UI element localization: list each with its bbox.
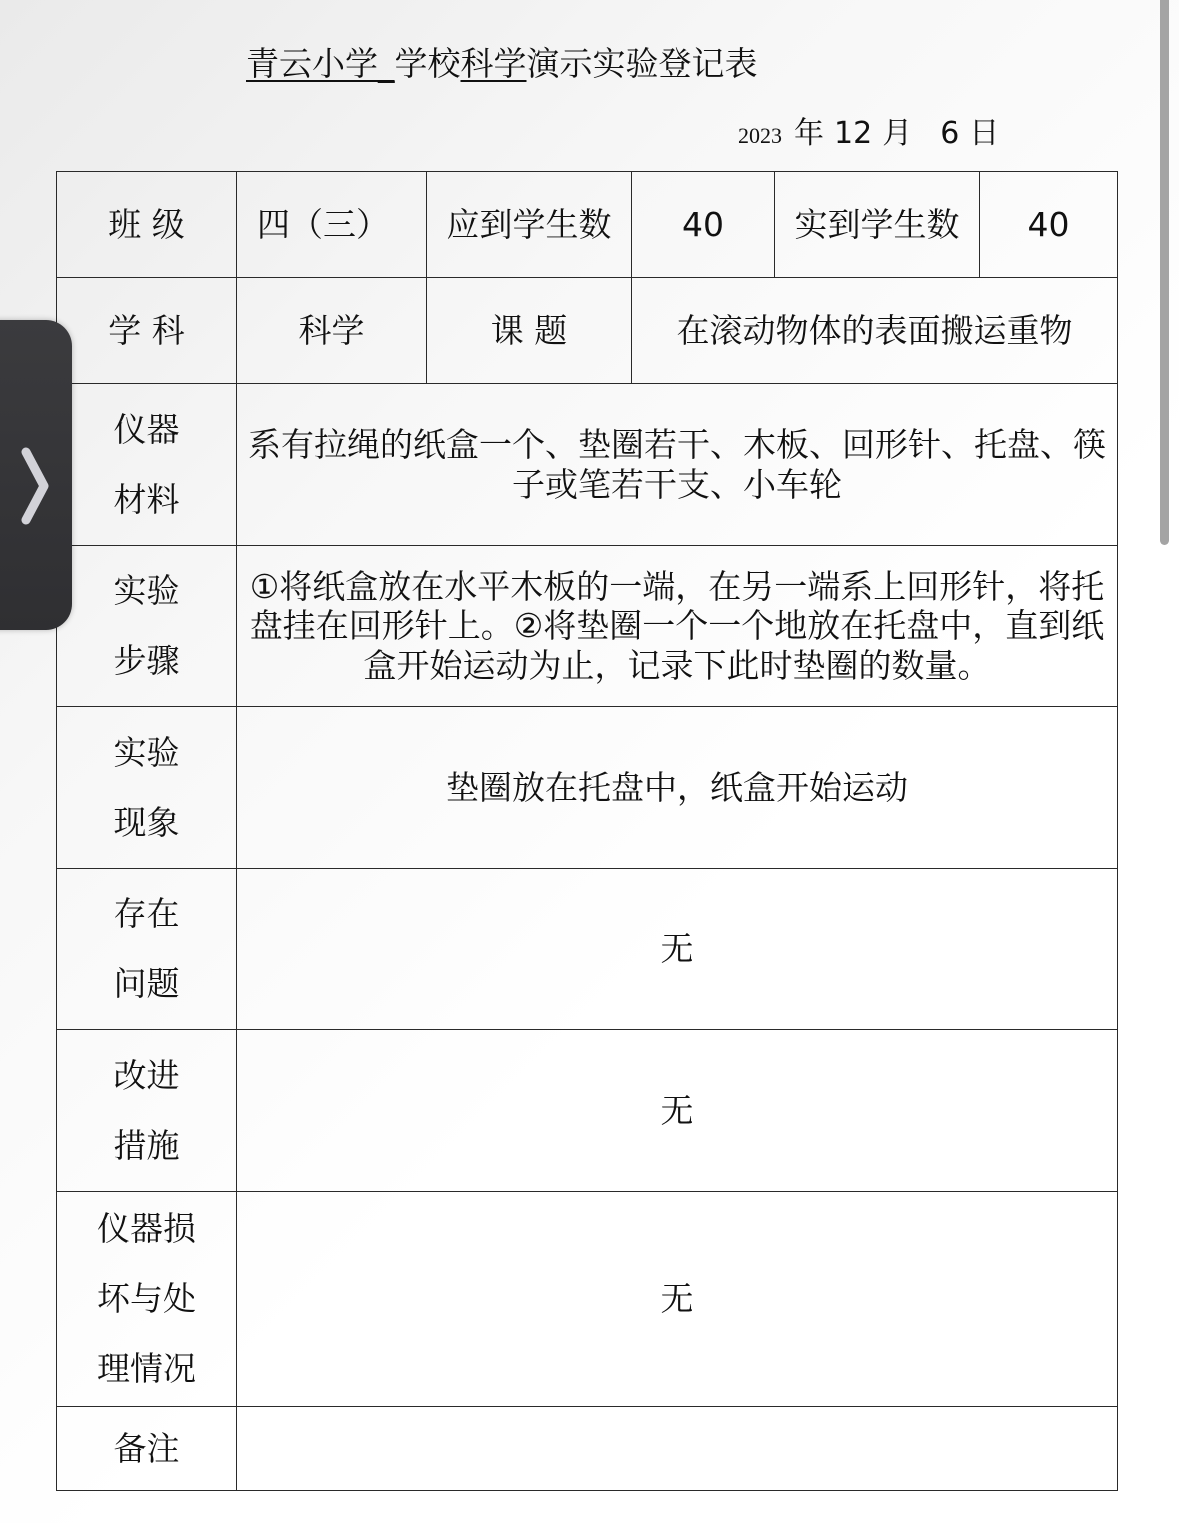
- materials-label: 仪器 材料: [57, 384, 237, 546]
- side-panel-pull-tab[interactable]: [0, 320, 72, 630]
- date-day: 6: [940, 116, 959, 151]
- problems-label-line1: 存在: [114, 894, 180, 933]
- subject-value: 科学: [237, 278, 427, 384]
- steps-label-line1: 实验: [114, 571, 180, 610]
- damage-label-line3: 理情况: [97, 1349, 196, 1388]
- date-year: 2023: [738, 123, 782, 148]
- improvements-label: 改进 措施: [57, 1030, 237, 1192]
- date-month-unit: 月: [882, 116, 912, 151]
- damage-value: 无: [237, 1192, 1118, 1407]
- title-school: 青云小学: [246, 44, 378, 83]
- improvements-label-line1: 改进: [114, 1056, 180, 1095]
- table-row-damage: 仪器损 坏与处 理情况 无: [57, 1192, 1118, 1407]
- date-day-unit: 日: [969, 116, 999, 151]
- table-row-improvements: 改进 措施 无: [57, 1030, 1118, 1192]
- phenomenon-label-line2: 现象: [114, 803, 180, 842]
- title-underscore: _: [378, 44, 395, 83]
- problems-label: 存在 问题: [57, 869, 237, 1030]
- actual-students-label: 实到学生数: [775, 172, 980, 278]
- date-year-unit: 年: [794, 116, 824, 151]
- table-row-steps: 实验 步骤 ①将纸盒放在水平木板的一端，在另一端系上回形针，将托盘挂在回形针上。…: [57, 546, 1118, 707]
- table-row-remarks: 备注: [57, 1407, 1118, 1491]
- damage-label-line1: 仪器损: [97, 1209, 196, 1248]
- damage-label-line2: 坏与处: [97, 1279, 196, 1318]
- table-row-problems: 存在 问题 无: [57, 869, 1118, 1030]
- damage-label: 仪器损 坏与处 理情况: [57, 1192, 237, 1407]
- chevron-right-icon: [20, 444, 50, 528]
- title-mid: 学校: [395, 44, 461, 83]
- materials-label-line1: 仪器: [114, 410, 180, 449]
- steps-label: 实验 步骤: [57, 546, 237, 707]
- remarks-value: [237, 1407, 1118, 1491]
- date-month: 12: [834, 116, 872, 151]
- phenomenon-value: 垫圈放在托盘中，纸盒开始运动: [237, 707, 1118, 869]
- table-row-subject: 学 科 科学 课 题 在滚动物体的表面搬运重物: [57, 278, 1118, 384]
- table-row-class: 班 级 四（三） 应到学生数 40 实到学生数 40: [57, 172, 1118, 278]
- title-subject: 科学: [461, 44, 527, 83]
- title-rest: 演示实验登记表: [527, 44, 758, 83]
- improvements-value: 无: [237, 1030, 1118, 1192]
- phenomenon-label-line1: 实验: [114, 733, 180, 772]
- materials-value: 系有拉绳的纸盒一个、垫圈若干、木板、回形针、托盘、筷子或笔若干支、小车轮: [237, 384, 1118, 546]
- phenomenon-label: 实验 现象: [57, 707, 237, 869]
- steps-label-line2: 步骤: [114, 641, 180, 680]
- improvements-label-line2: 措施: [114, 1126, 180, 1165]
- steps-value: ①将纸盒放在水平木板的一端，在另一端系上回形针，将托盘挂在回形针上。②将垫圈一个…: [237, 546, 1118, 707]
- actual-students-value: 40: [980, 172, 1118, 278]
- document-date: 2023年12月6日: [738, 112, 999, 158]
- remarks-label: 备注: [57, 1407, 237, 1491]
- subject-label: 学 科: [57, 278, 237, 384]
- class-label: 班 级: [57, 172, 237, 278]
- expected-students-label: 应到学生数: [427, 172, 632, 278]
- vertical-scrollbar[interactable]: [1160, 0, 1169, 545]
- topic-label: 课 题: [427, 278, 632, 384]
- table-row-phenomenon: 实验 现象 垫圈放在托盘中，纸盒开始运动: [57, 707, 1118, 869]
- problems-label-line2: 问题: [114, 964, 180, 1003]
- registration-form-table: 班 级 四（三） 应到学生数 40 实到学生数 40 学 科 科学 课 题 在滚…: [56, 171, 1118, 1491]
- expected-students-value: 40: [632, 172, 775, 278]
- topic-value: 在滚动物体的表面搬运重物: [632, 278, 1118, 384]
- document-title: 青云小学_学校科学演示实验登记表: [246, 40, 758, 88]
- class-value: 四（三）: [237, 172, 427, 278]
- problems-value: 无: [237, 869, 1118, 1030]
- materials-label-line2: 材料: [114, 480, 180, 519]
- table-row-materials: 仪器 材料 系有拉绳的纸盒一个、垫圈若干、木板、回形针、托盘、筷子或笔若干支、小…: [57, 384, 1118, 546]
